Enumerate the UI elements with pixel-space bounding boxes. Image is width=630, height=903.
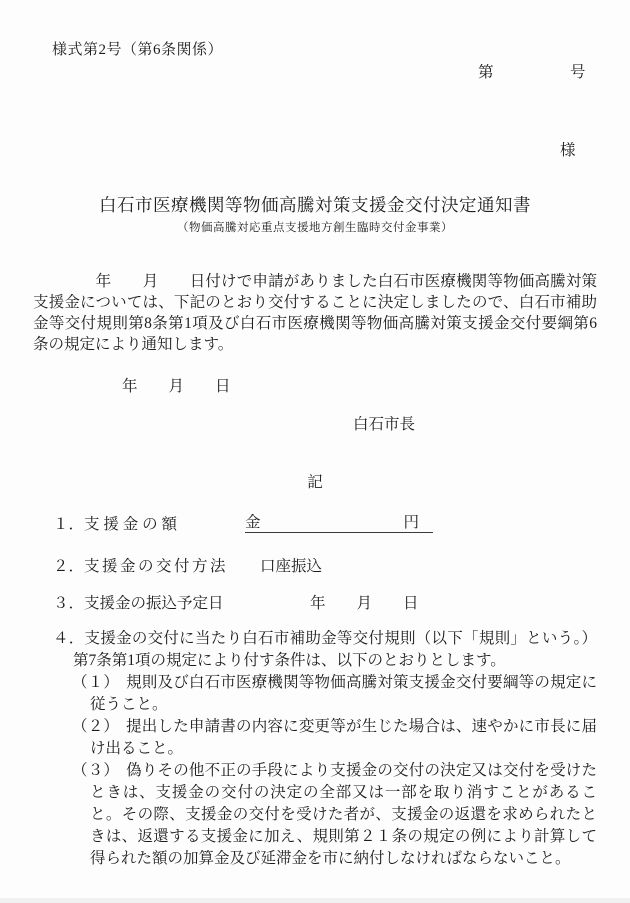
sender-name: 白石市長 <box>353 412 415 434</box>
condition-3-number: （３） <box>72 762 119 779</box>
letter-date-line: 年 月 日 <box>122 374 231 396</box>
item3-row: ３．支援金の振込予定日 年 月 日 <box>0 591 630 613</box>
item1-label: １．支 援 金 の 額 <box>53 512 177 534</box>
condition-item-2: （２）提出した申請書の内容に変更等が生じた場合は、速やかに市長に届け出ること。 <box>90 716 597 760</box>
notice-document-page: 様式第2号（第6条関係） 第 号 様 白石市医療機関等物価高騰対策支援金交付決定… <box>0 0 630 903</box>
record-marker: 記 <box>0 470 630 492</box>
item2-value: 口座振込 <box>260 554 322 576</box>
item1-row: １．支 援 金 の 額 金 円 <box>0 512 630 534</box>
condition-3-text: 偽りその他不正の手段により支援金の交付の決定又は交付を受けたときは、支援金の交付… <box>90 762 597 867</box>
item3-number: ３． <box>53 595 84 612</box>
amount-suffix: 円 <box>403 510 419 532</box>
condition-2-number: （２） <box>72 718 119 735</box>
item3-value: 年 月 日 <box>310 591 419 613</box>
item3-label-text: 支援金の振込予定日 <box>84 595 224 612</box>
addressee-honorific: 様 <box>560 138 576 160</box>
condition-1-text: 規則及び白石市医療機関等物価高騰対策支援金交付要綱等の規定に従うこと。 <box>90 674 597 713</box>
item1-number: １． <box>53 516 84 533</box>
item2-row: ２．支援金の交付方法 口座振込 <box>0 554 630 576</box>
item2-label: ２．支援金の交付方法 <box>53 554 228 576</box>
condition-2-text: 提出した申請書の内容に変更等が生じた場合は、速やかに市長に届け出ること。 <box>90 718 597 757</box>
item4-block: ４．支援金の交付に当たり白石市補助金等交付規則（以下「規則」という。）第7条第1… <box>33 628 597 870</box>
item4-intro-text: 支援金の交付に当たり白石市補助金等交付規則（以下「規則」という。）第7条第1項の… <box>73 630 597 669</box>
item1-label-text: 支 援 金 の 額 <box>84 516 177 533</box>
condition-1-number: （１） <box>72 674 119 691</box>
amount-prefix: 金 <box>245 510 261 532</box>
condition-item-3: （３）偽りその他不正の手段により支援金の交付の決定又は交付を受けたときは、支援金… <box>90 760 597 870</box>
item4-number: ４． <box>53 630 85 647</box>
opening-paragraph: 年 月 日付けで申請がありました白石市医療機関等物価高騰対策支援金については、下… <box>33 271 597 355</box>
item2-number: ２． <box>53 558 84 575</box>
form-number: 様式第2号（第6条関係） <box>52 38 223 59</box>
item2-label-text: 支援金の交付方法 <box>84 558 228 575</box>
doc-number-suffix: 号 <box>570 60 586 82</box>
doc-number-prefix: 第 <box>478 60 494 82</box>
condition-item-1: （１）規則及び白石市医療機関等物価高騰対策支援金交付要綱等の規定に従うこと。 <box>90 672 597 716</box>
page-bottom-edge <box>0 898 630 903</box>
amount-blank-field: 金 円 <box>245 510 433 533</box>
document-subtitle: （物価高騰対応重点支援地方創生臨時交付金事業） <box>0 219 630 235</box>
document-title: 白石市医療機関等物価高騰対策支援金交付決定通知書 <box>0 192 630 217</box>
item3-label: ３．支援金の振込予定日 <box>53 591 224 613</box>
item4-intro: ４．支援金の交付に当たり白石市補助金等交付規則（以下「規則」という。）第7条第1… <box>73 628 597 672</box>
